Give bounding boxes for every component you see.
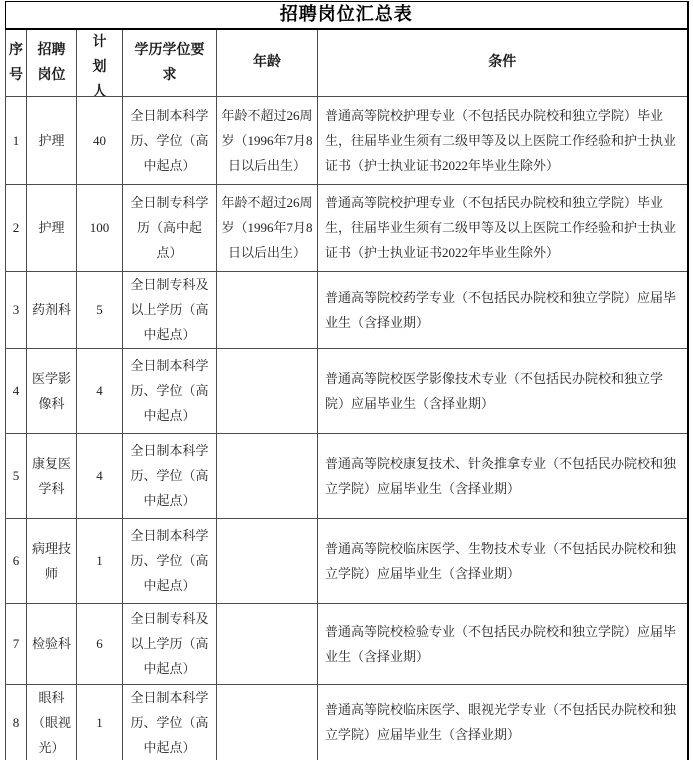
cell-serial-number: 5 <box>6 433 27 518</box>
column-header-conditions: 条件 <box>318 29 688 97</box>
table-row: 6 病理技师 1 全日制本科学历、学位（高中起点） 普通高等院校临床医学、生物技… <box>6 518 688 603</box>
cell-education: 全日制本科学历、学位（高中起点） <box>123 433 217 518</box>
cell-age <box>217 271 318 348</box>
column-header-education: 学历学位要求 <box>123 29 217 97</box>
cell-education: 全日制本科学历、学位（高中起点） <box>123 684 217 760</box>
cell-position: 检验科 <box>27 603 77 684</box>
cell-age: 年龄不超过26周岁（1996年7月8日以后出生） <box>217 96 318 184</box>
cell-conditions: 普通高等院校医学影像技术专业（不包括民办院校和独立学院）应届毕业生（含择业期） <box>318 348 688 433</box>
cell-position: 护理 <box>27 96 77 184</box>
cell-serial-number: 4 <box>6 348 27 433</box>
cell-conditions: 普通高等院校康复技术、针灸推拿专业（不包括民办院校和独立学院）应届毕业生（含择业… <box>318 433 688 518</box>
cell-education: 全日制本科学历、学位（高中起点） <box>123 348 217 433</box>
cell-education: 全日制本科学历、学位（高中起点） <box>123 518 217 603</box>
table-row: 7 检验科 6 全日制专科及以上学历（高中起点） 普通高等院校检验专业（不包括民… <box>6 603 688 684</box>
cell-position: 药剂科 <box>27 271 77 348</box>
cell-serial-number: 1 <box>6 96 27 184</box>
cell-education: 全日制专科及以上学历（高中起点） <box>123 271 217 348</box>
cell-position: 病理技师 <box>27 518 77 603</box>
cell-serial-number: 7 <box>6 603 27 684</box>
table-row: 3 药剂科 5 全日制专科及以上学历（高中起点） 普通高等院校药学专业（不包括民… <box>6 271 688 348</box>
cell-position: 眼科（眼视光） <box>27 684 77 760</box>
cell-serial-number: 6 <box>6 518 27 603</box>
cell-position: 护理 <box>27 184 77 271</box>
cell-education: 全日制专科学历（高中起点） <box>123 184 217 271</box>
cell-age: 年龄不超过26周岁（1996年7月8日以后出生） <box>217 184 318 271</box>
cell-age <box>217 684 318 760</box>
recruitment-summary-table: 招聘岗位汇总表 序号 招聘岗位 计划人数 学历学位要求 年龄 条件 1 护理 4… <box>5 1 689 760</box>
table-row: 5 康复医学科 4 全日制本科学历、学位（高中起点） 普通高等院校康复技术、针灸… <box>6 433 688 518</box>
cell-education: 全日制本科学历、学位（高中起点） <box>123 96 217 184</box>
cell-conditions: 普通高等院校临床医学、生物技术专业（不包括民办院校和独立学院）应届毕业生（含择业… <box>318 518 688 603</box>
cell-age <box>217 348 318 433</box>
title-row: 招聘岗位汇总表 <box>6 2 688 29</box>
cell-education: 全日制专科及以上学历（高中起点） <box>123 603 217 684</box>
header-row: 序号 招聘岗位 计划人数 学历学位要求 年龄 条件 <box>6 29 688 97</box>
cell-planned-count: 1 <box>77 518 123 603</box>
cell-serial-number: 2 <box>6 184 27 271</box>
cell-planned-count: 4 <box>77 433 123 518</box>
table-row: 1 护理 40 全日制本科学历、学位（高中起点） 年龄不超过26周岁（1996年… <box>6 96 688 184</box>
cell-position: 康复医学科 <box>27 433 77 518</box>
column-header-planned-count: 计划人数 <box>77 29 123 97</box>
cell-planned-count: 5 <box>77 271 123 348</box>
cell-conditions: 普通高等院校检验专业（不包括民办院校和独立学院）应届毕业生（含择业期） <box>318 603 688 684</box>
cell-age <box>217 518 318 603</box>
page-title: 招聘岗位汇总表 <box>6 2 688 29</box>
cell-conditions: 普通高等院校护理专业（不包括民办院校和独立学院）毕业生，往届毕业生须有二级甲等及… <box>318 184 688 271</box>
cell-planned-count: 40 <box>77 96 123 184</box>
cell-planned-count: 1 <box>77 684 123 760</box>
cell-serial-number: 8 <box>6 684 27 760</box>
cell-planned-count: 100 <box>77 184 123 271</box>
column-header-no: 序号 <box>6 29 27 97</box>
cell-conditions: 普通高等院校护理专业（不包括民办院校和独立学院）毕业生，往届毕业生须有二级甲等及… <box>318 96 688 184</box>
cell-planned-count: 4 <box>77 348 123 433</box>
cell-serial-number: 3 <box>6 271 27 348</box>
cell-conditions: 普通高等院校药学专业（不包括民办院校和独立学院）应届毕业生（含择业期） <box>318 271 688 348</box>
table-row: 8 眼科（眼视光） 1 全日制本科学历、学位（高中起点） 普通高等院校临床医学、… <box>6 684 688 760</box>
cell-age <box>217 603 318 684</box>
column-header-position: 招聘岗位 <box>27 29 77 97</box>
cell-position: 医学影像科 <box>27 348 77 433</box>
table-row: 4 医学影像科 4 全日制本科学历、学位（高中起点） 普通高等院校医学影像技术专… <box>6 348 688 433</box>
cell-planned-count: 6 <box>77 603 123 684</box>
table-row: 2 护理 100 全日制专科学历（高中起点） 年龄不超过26周岁（1996年7月… <box>6 184 688 271</box>
cell-conditions: 普通高等院校临床医学、眼视光学专业（不包括民办院校和独立学院）应届毕业生（含择业… <box>318 684 688 760</box>
column-header-age: 年龄 <box>217 29 318 97</box>
cell-age <box>217 433 318 518</box>
